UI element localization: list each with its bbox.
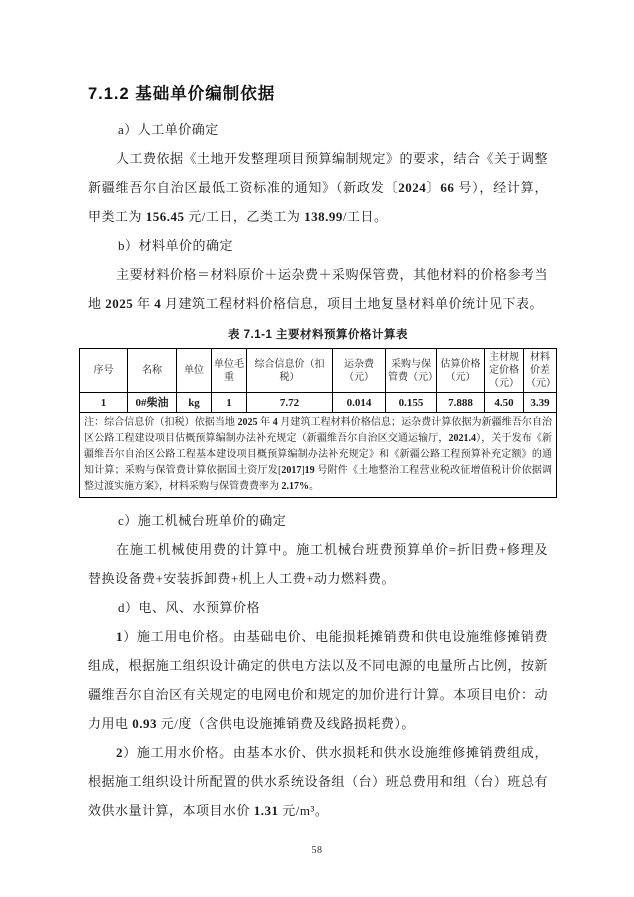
column-header-price-diff: 材料价差（元） — [524, 349, 557, 393]
cell-unit-weight: 1 — [212, 393, 247, 413]
section-heading: 7.1.2 基础单价编制依据 — [88, 84, 548, 105]
cell-stipulated-price: 4.50 — [485, 393, 524, 413]
cell-freight: 0.014 — [333, 393, 386, 413]
column-header-info-price: 综合信息价（扣税） — [247, 349, 333, 393]
subitem-d-label: d）电、风、水预算价格 — [88, 593, 548, 622]
subitem-b-label: b）材料单价的确定 — [88, 231, 548, 260]
paragraph-water: 2）施工用水价格。由基本水价、供水损耗和供水设施维修摊销费组成，根据施工组织设计… — [88, 738, 548, 825]
table-header-row: 序号 名称 单位 单位毛重 综合信息价（扣税） 运杂费（元） 采购与保管费（元）… — [80, 349, 557, 393]
table-title: 表 7.1-1 主要材料预算价格计算表 — [88, 326, 548, 342]
cell-estimated-price: 7.888 — [437, 393, 485, 413]
column-header-name: 名称 — [128, 349, 177, 393]
table-note-row: 注：综合信息价（扣税）依据当地 2025 年 4 月建筑工程材料价格信息；运杂费… — [80, 413, 557, 498]
column-header-stipulated-price: 主材规定价格（元） — [485, 349, 524, 393]
paragraph-machinery: 在施工机械使用费的计算中。施工机械台班费预算单价=折旧费+修理及替换设备费+安装… — [88, 535, 548, 593]
table-data-row: 1 0#柴油 kg 1 7.72 0.014 0.155 7.888 4.50 … — [80, 393, 557, 413]
page-number: 58 — [0, 845, 634, 856]
column-header-freight: 运杂费（元） — [333, 349, 386, 393]
cell-name: 0#柴油 — [128, 393, 177, 413]
column-header-procurement-fee: 采购与保管费（元） — [386, 349, 437, 393]
page-content: 7.1.2 基础单价编制依据 a）人工单价确定 人工费依据《土地开发整理项目预算… — [88, 84, 548, 825]
materials-price-table: 序号 名称 单位 单位毛重 综合信息价（扣税） 运杂费（元） 采购与保管费（元）… — [79, 348, 557, 498]
paragraph-material-price: 主要材料价格＝材料原价＋运杂费＋采购保管费，其他材料的价格参考当地 2025 年… — [88, 260, 548, 318]
paragraph-electricity: 1）施工用电价格。由基础电价、电能损耗摊销费和供电设施维修摊销费组成，根据施工组… — [88, 622, 548, 738]
cell-price-diff: 3.39 — [524, 393, 557, 413]
subitem-a-label: a）人工单价确定 — [88, 115, 548, 144]
column-header-unit: 单位 — [177, 349, 212, 393]
cell-index: 1 — [80, 393, 128, 413]
column-header-unit-weight: 单位毛重 — [212, 349, 247, 393]
subitem-c-label: c）施工机械台班单价的确定 — [88, 506, 548, 535]
column-header-index: 序号 — [80, 349, 128, 393]
cell-info-price: 7.72 — [247, 393, 333, 413]
paragraph-labor-cost: 人工费依据《土地开发整理项目预算编制规定》的要求，结合《关于调整新疆维吾尔自治区… — [88, 144, 548, 231]
document-page: 7.1.2 基础单价编制依据 a）人工单价确定 人工费依据《土地开发整理项目预算… — [0, 0, 634, 897]
cell-procurement-fee: 0.155 — [386, 393, 437, 413]
cell-unit: kg — [177, 393, 212, 413]
table-note: 注：综合信息价（扣税）依据当地 2025 年 4 月建筑工程材料价格信息；运杂费… — [80, 413, 557, 498]
column-header-estimated-price: 估算价格（元） — [437, 349, 485, 393]
